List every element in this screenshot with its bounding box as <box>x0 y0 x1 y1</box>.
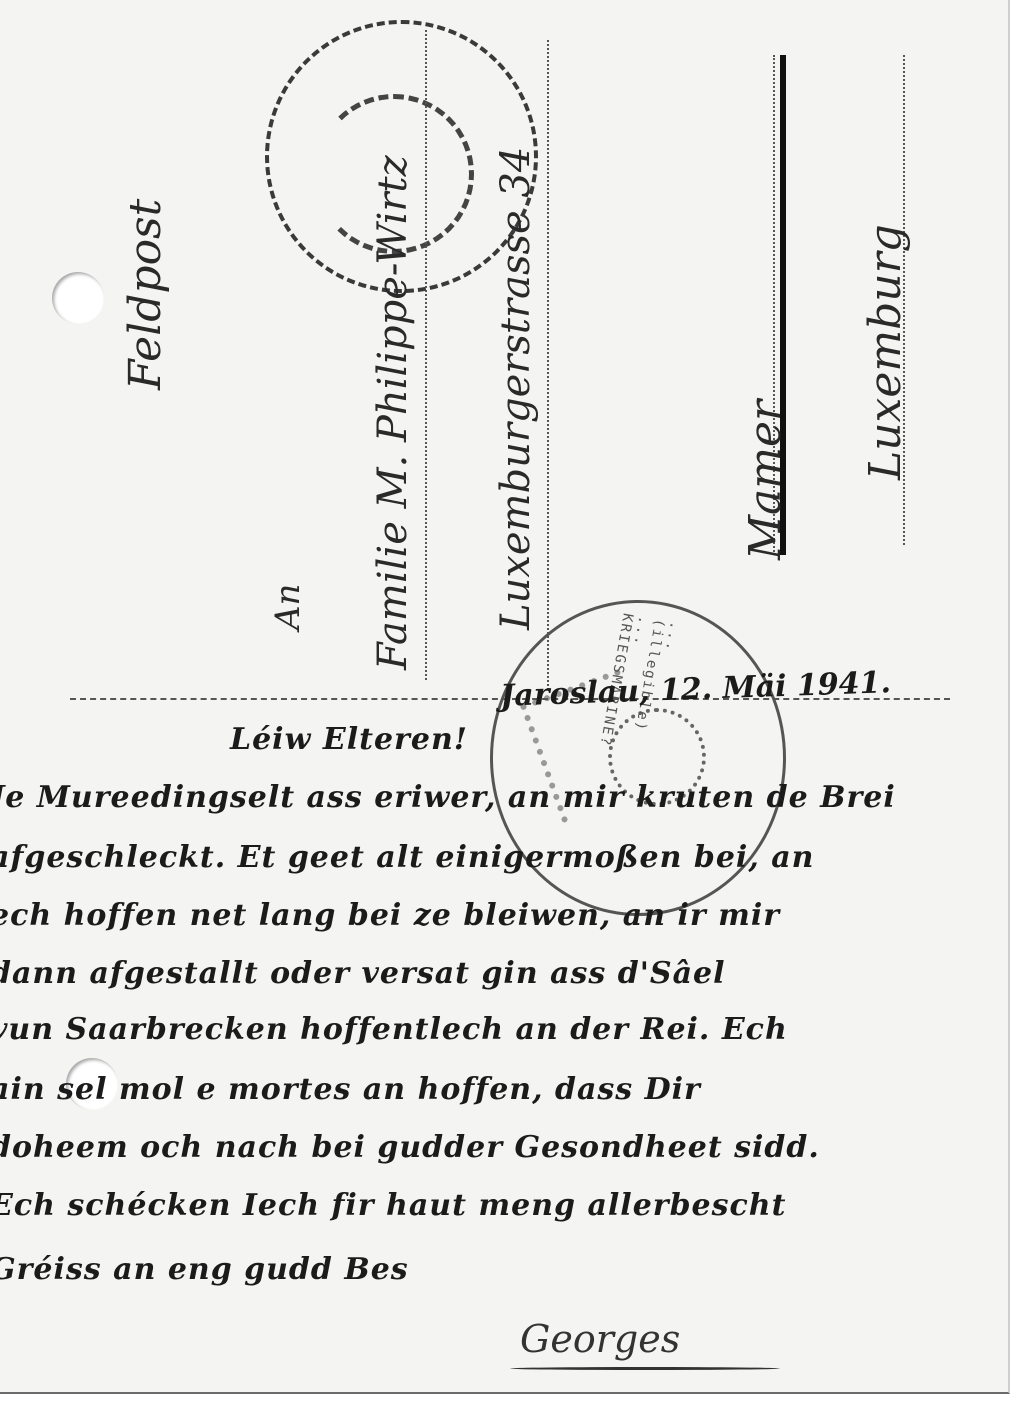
address-dotted-line-2 <box>547 40 549 690</box>
letter-line: doheem och nach bei gudder Gesondheet si… <box>0 1130 820 1165</box>
punch-hole <box>52 272 104 324</box>
feldpost-label: Feldpost <box>120 199 171 390</box>
recipient-prefix: An <box>268 584 308 630</box>
signature: Georges <box>520 1317 680 1361</box>
signature-flourish <box>510 1367 780 1370</box>
letter-line: afgeschleckt. Et geet alt einigermoßen b… <box>0 840 814 875</box>
greeting: Léiw Elteren! <box>230 722 468 757</box>
letter-line: Ech schécken Iech fir haut meng allerbes… <box>0 1188 786 1223</box>
letter-line: ech hoffen net lang bei ze bleiwen, an i… <box>0 898 780 933</box>
recipient-town: Mamer <box>740 400 791 560</box>
letter-line: Gréiss an eng gudd Bes <box>0 1252 409 1287</box>
address-dotted-line-1 <box>425 30 427 680</box>
recipient-name: Familie M. Philippe-Wirtz <box>370 155 416 670</box>
letter-line: dann afgestallt oder versat gin ass d'Sâ… <box>0 956 726 991</box>
letter-line: Je Mureedingselt ass eriwer, an mir krut… <box>0 780 896 815</box>
recipient-street: Luxemburgerstrasse 34 <box>493 147 539 630</box>
recipient-country: Luxemburg <box>860 224 911 480</box>
letter-line: ain sel mol e mortes an hoffen, dass Dir <box>0 1072 701 1107</box>
letter-line: vun Saarbrecken hoffentlech an der Rei. … <box>0 1012 788 1047</box>
postcard: Feldpost An Familie M. Philippe-Wirtz Lu… <box>0 0 1010 1394</box>
